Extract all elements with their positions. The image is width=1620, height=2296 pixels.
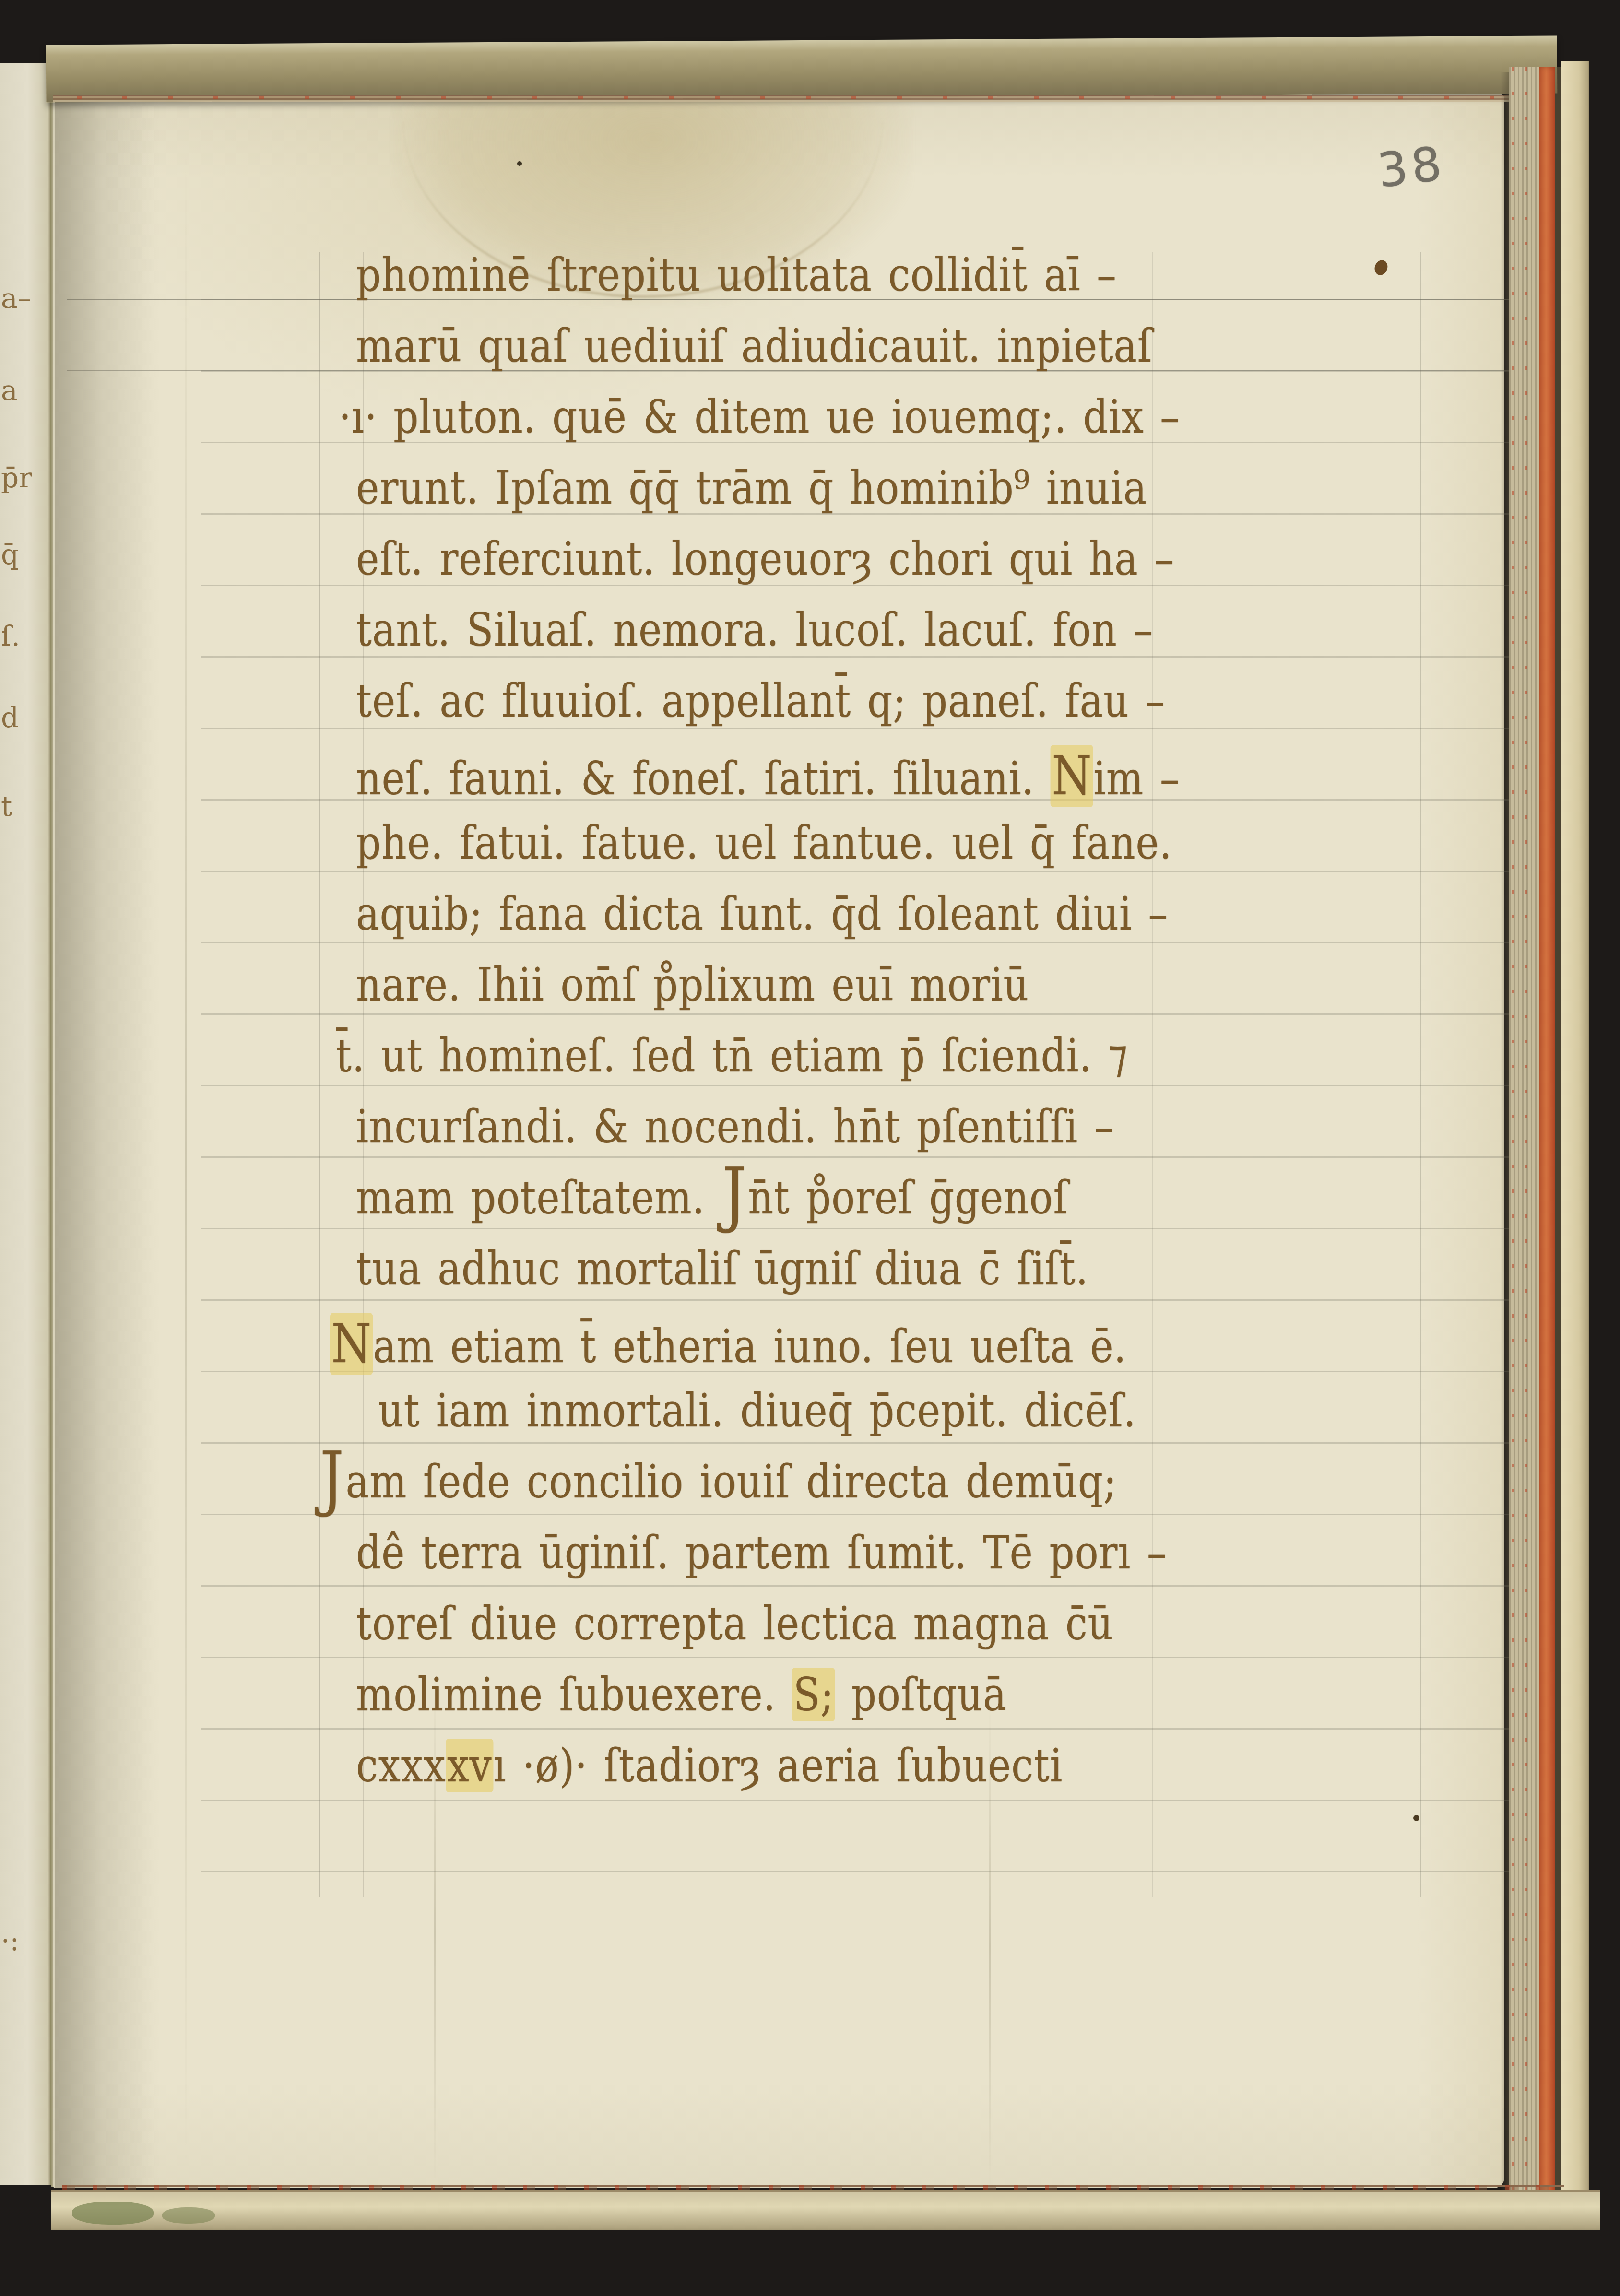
line-text: nare. Ihii om̄ſ p̊plixum euī moriū [356, 958, 1029, 1012]
line-text: toreſ diue correpta lectica magna c̄ū [356, 1597, 1113, 1650]
manuscript-line: erunt. Ipſam q̄q̄ trām q̄ hominib⁹ inuia [356, 461, 1147, 524]
ink-speck [517, 161, 522, 166]
manuscript-line: teſ. ac fluuioſ. appellant̄ q; paneſ. fa… [356, 674, 1165, 737]
manuscript-line: phominē ſtrepitu uolitata collidit̄ aī – [356, 248, 1117, 311]
manuscript-photo: a– a p̄r q̄ ſ. d t ·: phominē ſtrepitu u… [0, 0, 1620, 2296]
red-edge-stain [1512, 67, 1514, 2197]
manuscript-line: aquib; fana dicta ſunt. q̄d ſoleant diui… [356, 887, 1168, 950]
line-text: ·ı· pluton. quē & ditem ue iouemq;. dix … [339, 390, 1180, 444]
line-text: am etiam t̄ etheria iuno. ſeu ueſta ē. [373, 1319, 1126, 1373]
manuscript-line: molimine ſubuexere. S; poſtquā [356, 1668, 1006, 1731]
highlighted-initial: N [1051, 745, 1093, 807]
fore-edge-shadow-line [1555, 67, 1561, 2202]
line-text: phominē ſtrepitu uolitata collidit̄ aī – [356, 248, 1117, 302]
manuscript-page: phominē ſtrepitu uolitata collidit̄ aī –… [53, 94, 1504, 2188]
line-text: teſ. ac fluuioſ. appellant̄ q; paneſ. fa… [356, 674, 1165, 728]
binding-tassel [162, 2207, 215, 2224]
line-text: aquib; fana dicta ſunt. q̄d ſoleant diui… [356, 887, 1168, 941]
line-text: incurſandi. & nocendi. hn̄t pſentiſſi – [356, 1100, 1114, 1154]
line-text: molimine ſubuexere. [356, 1668, 792, 1721]
line-text: t̄. ut homineſ. ſed tn̄ etiam p̄ ſciendi… [336, 1029, 1128, 1083]
margin-text-fragment: t [1, 790, 12, 823]
manuscript-line: ·ı· pluton. quē & ditem ue iouemq;. dix … [339, 390, 1180, 453]
manuscript-line: nare. Ihii om̄ſ p̊plixum euī moriū [356, 958, 1029, 1021]
line-text: am ſede concilio iouiſ directa demūq; [345, 1455, 1117, 1508]
line-text: poſtquā [835, 1668, 1006, 1721]
vellum-cover-top-edge [46, 35, 1558, 102]
line-text: marū quaſ uediuiſ adiudicauit. inpietaſ [356, 319, 1152, 373]
manuscript-line: toreſ diue correpta lectica magna c̄ū [356, 1597, 1113, 1660]
line-text: n̄t p̊oreſ ḡgenoſ [748, 1171, 1068, 1225]
line-text: tant. Siluaſ. nemora. lucoſ. lacuſ. fon … [356, 603, 1153, 657]
line-text: eſt. referciunt. longeuorȝ chori qui ha … [356, 532, 1174, 586]
line-text: erunt. Ipſam q̄q̄ trām q̄ hominib⁹ inuia [356, 461, 1147, 515]
manuscript-line: cxxxxvı ·ø)· ſtadiorȝ aeria ſubuecti [356, 1739, 1063, 1802]
manuscript-line: Nam etiam t̄ etheria iuno. ſeu ueſta ē. [330, 1313, 1126, 1376]
manuscript-line: Jam ſede concilio iouiſ directa demūq; [319, 1455, 1117, 1518]
text-block: phominē ſtrepitu uolitata collidit̄ aī –… [53, 94, 1504, 2188]
binding-tassel [72, 2202, 154, 2225]
manuscript-line: mam poteſtatem. Jn̄t p̊oreſ ḡgenoſ [356, 1171, 1068, 1234]
line-text: ut iam inmortali. diueq̄ p̄cepit. dicēſ. [378, 1384, 1136, 1437]
page-stack-bottom-edges [32, 2190, 1600, 2234]
margin-text-fragment: a– [1, 282, 32, 315]
manuscript-line: tua adhuc mortaliſ ūgniſ diua c̄ ſiſt̄. [356, 1242, 1088, 1305]
highlighted-initial: N [330, 1313, 373, 1375]
ink-speck [1413, 1815, 1419, 1821]
margin-text-fragment: p̄r [1, 461, 32, 494]
red-edge-stain [1525, 67, 1527, 2197]
outer-leaf-edge [1561, 61, 1590, 2205]
manuscript-line: marū quaſ uediuiſ adiudicauit. inpietaſ [356, 319, 1152, 382]
manuscript-line: eſt. referciunt. longeuorȝ chori qui ha … [356, 532, 1174, 595]
line-text: im – [1093, 752, 1180, 805]
facing-page-sliver: a– a p̄r q̄ ſ. d t ·: [0, 63, 50, 2188]
folio-number: 38 [1375, 136, 1449, 199]
backdrop-bottom [0, 2230, 1620, 2296]
line-text: cxxx [356, 1739, 446, 1792]
margin-text-fragment: a [1, 374, 18, 407]
manuscript-line: ut iam inmortali. diueq̄ p̄cepit. dicēſ. [378, 1384, 1136, 1447]
manuscript-line: tant. Siluaſ. nemora. lucoſ. lacuſ. fon … [356, 603, 1153, 666]
gutter-shadow [55, 94, 160, 2188]
manuscript-line: phe. fatui. fatue. uel fantue. uel q̄ fa… [356, 816, 1172, 879]
manuscript-line: t̄. ut homineſ. ſed tn̄ etiam p̄ ſciendi… [336, 1029, 1128, 1092]
line-text: ı ·ø)· ſtadiorȝ aeria ſubuecti [493, 1739, 1063, 1792]
manuscript-line: dê terra ūginiſ. partem ſumit. Tē porı – [356, 1526, 1167, 1589]
backdrop-right [1589, 0, 1620, 2296]
line-text: dê terra ūginiſ. partem ſumit. Tē porı – [356, 1526, 1167, 1579]
line-text: phe. fatui. fatue. uel fantue. uel q̄ fa… [356, 816, 1172, 870]
red-edge-stain-top [77, 96, 1497, 99]
highlighted-initial: xv [446, 1739, 493, 1792]
margin-text-fragment: q̄ [1, 538, 19, 571]
manuscript-line: neſ. fauni. & foneſ. ſatiri. ſiluani. Ni… [356, 745, 1180, 808]
margin-text-fragment: d [1, 701, 19, 734]
red-stained-fore-edge [1539, 67, 1555, 2202]
margin-text-fragment: ſ. [1, 620, 20, 652]
line-text: mam poteſtatem. [356, 1171, 721, 1225]
fore-edge-crevice [1501, 72, 1509, 2192]
line-text: tua adhuc mortaliſ ūgniſ diua c̄ ſiſt̄. [356, 1242, 1088, 1295]
margin-text-fragment: ·: [1, 1924, 19, 1957]
highlighted-initial: S; [792, 1668, 835, 1721]
line-text: neſ. fauni. & foneſ. ſatiri. ſiluani. [356, 752, 1051, 805]
